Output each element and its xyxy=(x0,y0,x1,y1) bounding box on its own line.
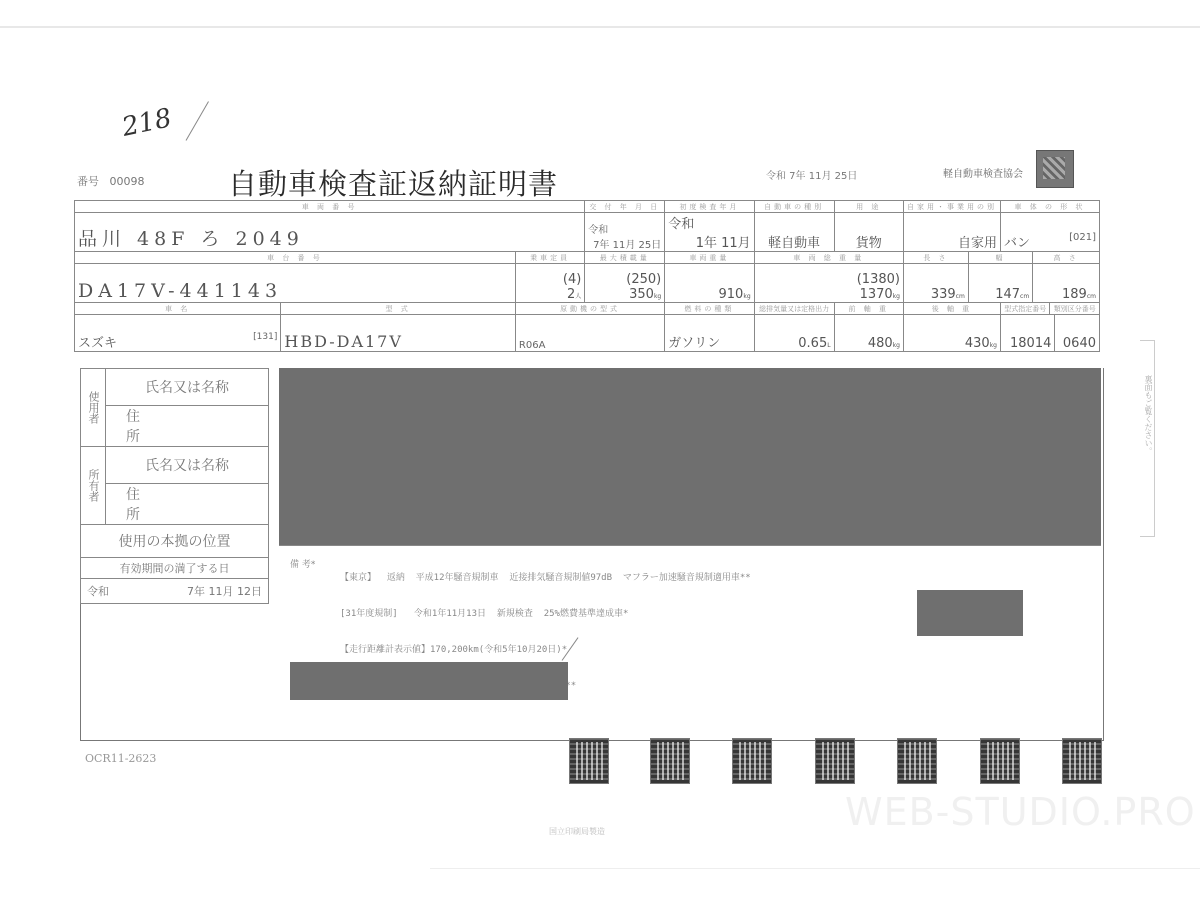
weight-unit: kg xyxy=(893,342,900,349)
remarks-line: 【東京】 返納 平成12年騒音規制車 近接排気騒音規制値97dB マフラー加速騒… xyxy=(340,572,751,584)
height: 189 xyxy=(1062,287,1087,302)
gross-weight-cell: (1380) 1370kg xyxy=(754,264,903,303)
vehicle-weight: 910 xyxy=(719,287,744,302)
paper-edge xyxy=(0,26,1200,28)
qr-code-icon xyxy=(897,738,937,784)
dimension-labels: 長 さ 幅 高 さ xyxy=(903,252,1099,264)
dim-unit: cm xyxy=(1087,293,1096,300)
serial-label: 番号 xyxy=(77,175,99,188)
redacted-box xyxy=(290,662,568,700)
rear-axle: 430 xyxy=(965,336,990,351)
divider xyxy=(279,545,1101,546)
dimensions-cell: 339cm 147cm 189cm xyxy=(903,264,1099,303)
document-title: 自動車検査証返納証明書 xyxy=(228,162,558,203)
label-capacity: 乗車定員 xyxy=(515,252,584,264)
label-issue-date: 交 付 年 月 日 xyxy=(585,201,665,213)
redacted-owner-info xyxy=(279,368,1101,545)
maker-cell: スズキ [131] xyxy=(75,315,281,352)
label-vehicle-weight: 車両重量 xyxy=(665,252,754,264)
length: 339 xyxy=(931,287,956,302)
label-registration-number: 車 両 番 号 xyxy=(75,201,585,213)
issuer-name: 軽自動車検査協会 xyxy=(943,165,1023,180)
qr-code-icon xyxy=(815,738,855,784)
label-vehicle-type: 自動車の種別 xyxy=(754,201,834,213)
category: 0640 xyxy=(1055,315,1099,351)
rear-axle-cell: 430kg xyxy=(903,315,1000,352)
label-base-location: 使用の本拠の位置 xyxy=(81,525,269,558)
label-user-address: 住 所 xyxy=(106,406,269,447)
displacement-cell: 0.65L xyxy=(754,315,834,352)
usage: 貨物 xyxy=(834,213,903,252)
pen-stroke xyxy=(186,101,209,140)
front-axle-cell: 480kg xyxy=(834,315,903,352)
qr-code-icon xyxy=(650,738,690,784)
qr-code-icon xyxy=(732,738,772,784)
vehicle-info-table: 車 両 番 号 交 付 年 月 日 初度検査年月 自動車の種別 用 途 自家用・… xyxy=(74,200,1100,352)
label-chassis-number: 車 台 番 号 xyxy=(75,252,516,264)
dim-unit: cm xyxy=(956,293,965,300)
type-approval: 18014 xyxy=(1001,315,1055,351)
label-displacement: 総排気量又は定格出力 xyxy=(754,303,834,315)
label-category: 類別区分番号 xyxy=(1050,303,1099,314)
body-shape-code: [021] xyxy=(1069,232,1096,243)
maker-code: [131] xyxy=(253,332,277,342)
label-maker: 車 名 xyxy=(75,303,281,315)
label-usage: 用 途 xyxy=(834,201,903,213)
weight-unit: kg xyxy=(893,293,900,300)
side-note: 裏面もご覧ください。 xyxy=(1143,375,1154,455)
fuel: ガソリン xyxy=(665,315,754,352)
expiry-date: 7年 11月 12日 xyxy=(187,583,262,599)
first-registration-cell: 令和 1年 11月 xyxy=(665,213,754,252)
label-max-load: 最大積載量 xyxy=(585,252,665,264)
label-fuel: 燃料の種類 xyxy=(665,303,754,315)
capacity-alt: (4) xyxy=(519,272,581,287)
first-reg-date: 1年 11月 xyxy=(668,232,750,251)
weight-unit: kg xyxy=(743,293,750,300)
front-axle: 480 xyxy=(868,336,893,351)
label-owner-address: 住 所 xyxy=(106,484,269,525)
weight-unit: kg xyxy=(654,293,661,300)
label-business-use: 自家用・事業用の別 xyxy=(903,201,1000,213)
handwritten-note: 218 xyxy=(119,103,174,143)
engine-model: R06A xyxy=(515,315,664,352)
remarks-line: 【走行距離計表示値】170,200km(令和5年10月20日)* xyxy=(340,644,751,656)
label-owner-group: 所有者 xyxy=(81,447,106,525)
gross-weight: 1370 xyxy=(860,287,893,302)
qr-code-icon xyxy=(1062,738,1102,784)
label-user-name: 氏名又は名称 xyxy=(106,369,269,406)
printer-mark: 国立印刷局製造 xyxy=(549,826,605,837)
model: HBD-DA17V xyxy=(281,315,516,352)
label-width: 幅 xyxy=(968,252,1032,263)
registration-number: 品川 48F ろ 2049 xyxy=(75,213,585,252)
business-use: 自家用 xyxy=(903,213,1000,252)
displacement: 0.65 xyxy=(798,336,827,351)
qr-code-icon xyxy=(569,738,609,784)
approval-cell: 18014 0640 xyxy=(1000,315,1099,352)
paper-edge xyxy=(430,868,1200,869)
maker: スズキ xyxy=(78,336,117,351)
label-engine-model: 原動機の型式 xyxy=(515,303,664,315)
owner-info-table: 使用者 氏名又は名称 住 所 所有者 氏名又は名称 住 所 使用の本拠の位置 有… xyxy=(80,368,269,604)
expiry-date-cell: 令和 7年 11月 12日 xyxy=(81,579,269,604)
approval-labels: 型式指定番号 類別区分番号 xyxy=(1000,303,1099,315)
gross-weight-alt: (1380) xyxy=(758,272,900,287)
watermark: WEB-STUDIO.PRO xyxy=(845,790,1196,834)
body-shape: バン xyxy=(1004,236,1030,251)
displacement-unit: L xyxy=(827,342,830,349)
body-shape-cell: バン [021] xyxy=(1000,213,1099,252)
remarks-label: 備 考* xyxy=(290,557,315,570)
label-body-shape: 車 体 の 形 状 xyxy=(1000,201,1099,213)
vehicle-weight-cell: 910kg xyxy=(665,264,754,303)
weight-unit: kg xyxy=(990,342,997,349)
dim-unit: cm xyxy=(1020,293,1029,300)
redacted-box xyxy=(917,590,1023,636)
capacity-unit: 人 xyxy=(575,293,581,300)
serial-number: 番号 00098 xyxy=(77,173,145,189)
label-first-registration: 初度検査年月 xyxy=(665,201,754,213)
vehicle-type: 軽自動車 xyxy=(754,213,834,252)
label-gross-weight: 車 両 総 重 量 xyxy=(754,252,903,264)
label-user-group: 使用者 xyxy=(81,369,106,447)
label-rear-axle: 後 軸 重 xyxy=(903,303,1000,315)
max-load-cell: (250) 350kg xyxy=(585,264,665,303)
capacity-cell: (4) 2人 xyxy=(515,264,584,303)
issue-date-cell: 令和 7年 11月 25日 xyxy=(585,213,665,252)
remarks-line: [31年度規制] 令和1年11月13日 新規検査 25%燃費基準達成車* xyxy=(340,608,751,620)
form-code: OCR11-2623 xyxy=(85,752,156,765)
qr-code-icon xyxy=(980,738,1020,784)
label-model: 型 式 xyxy=(281,303,516,315)
issue-date-value: 7年 11月 25日 xyxy=(588,236,661,251)
label-owner-name: 氏名又は名称 xyxy=(106,447,269,484)
first-reg-era: 令和 xyxy=(668,213,750,232)
label-front-axle: 前 軸 重 xyxy=(834,303,903,315)
label-expiry: 有効期間の満了する日 xyxy=(81,558,269,579)
max-load: 350 xyxy=(629,287,654,302)
max-load-alt: (250) xyxy=(588,272,661,287)
label-length: 長 さ xyxy=(904,252,968,263)
expiry-era: 令和 xyxy=(87,585,109,598)
chassis-number: DA17V-441143 xyxy=(75,264,516,303)
serial-value: 00098 xyxy=(110,175,145,188)
label-type-approval: 型式指定番号 xyxy=(1001,303,1050,314)
width: 147 xyxy=(995,287,1020,302)
issue-era: 令和 xyxy=(588,221,661,236)
issue-date: 令和 7年 11月 25日 xyxy=(766,167,857,182)
official-seal-icon xyxy=(1036,150,1074,188)
label-height: 高 さ xyxy=(1033,252,1099,263)
